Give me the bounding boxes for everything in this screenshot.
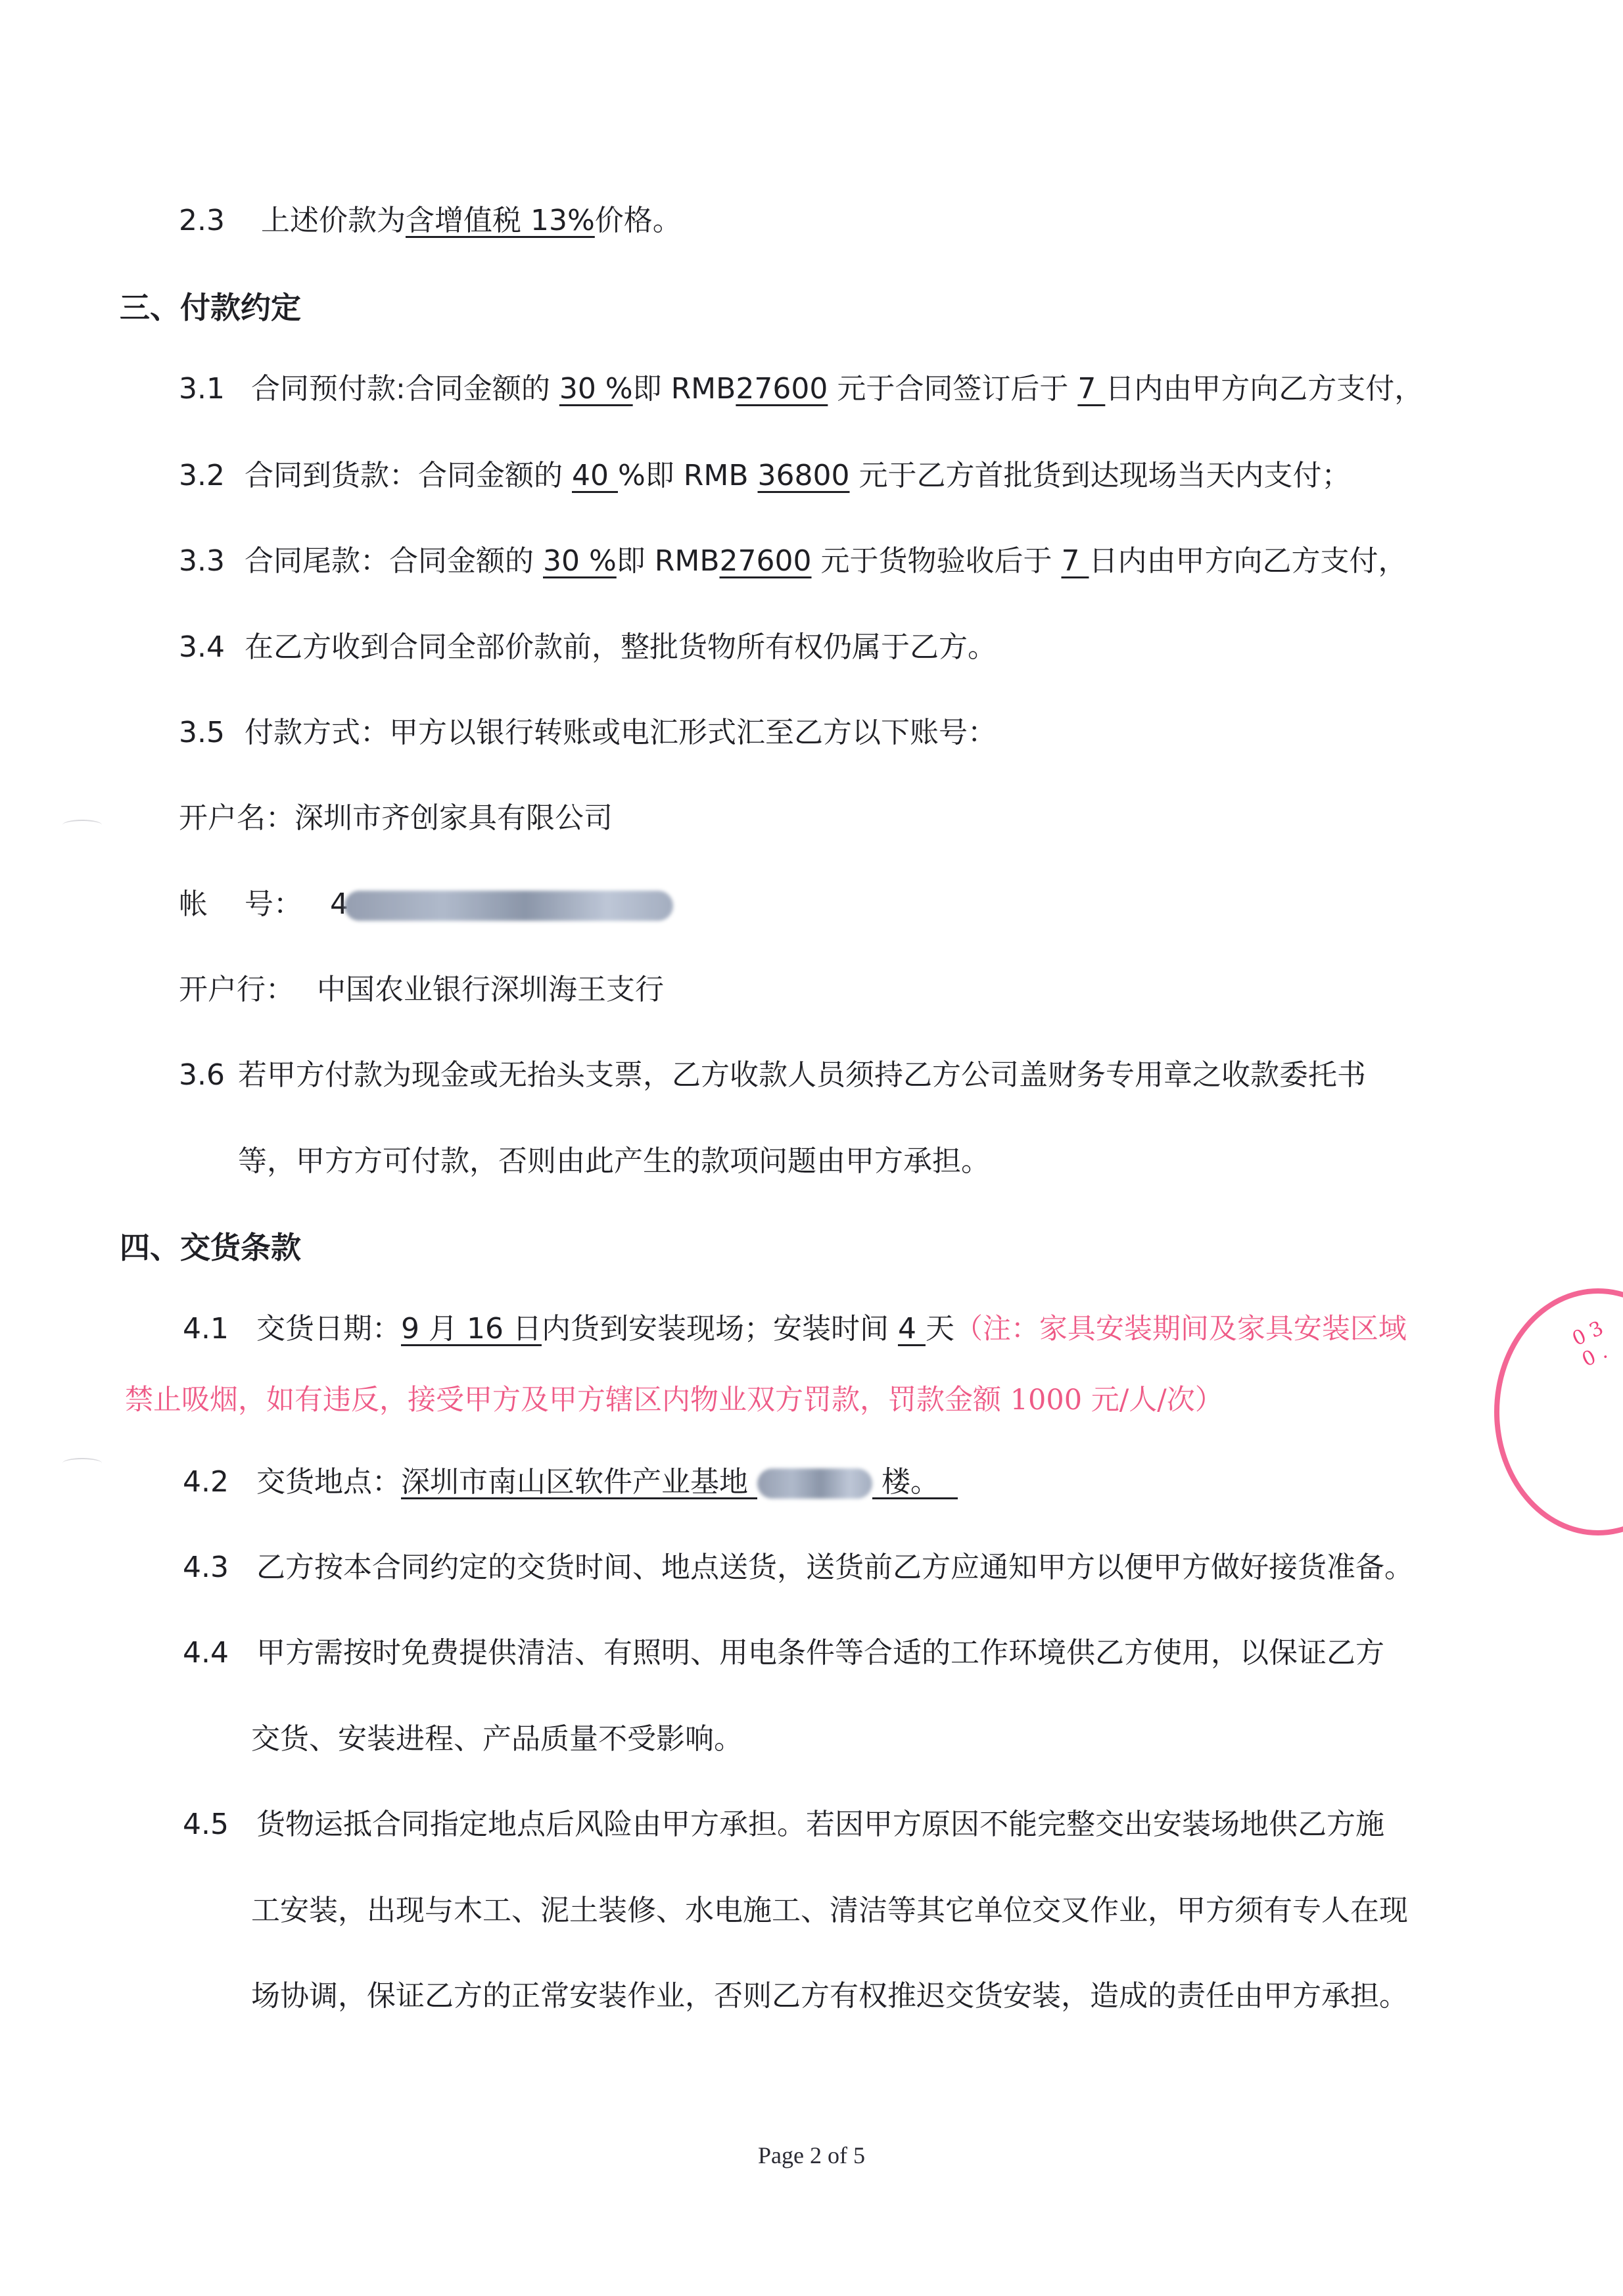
- clause-number: 2.3: [179, 201, 261, 241]
- smoking-note-continuation: 禁止吸烟，如有违反，接受甲方及甲方辖区内物业双方罚款，罚款金额 1000 元/人…: [125, 1380, 1223, 1420]
- clause-2-3: 2.3上述价款为含增值税 13%价格。: [179, 201, 682, 241]
- days-value: 7: [1062, 544, 1089, 578]
- clause-number: 4.5: [183, 1805, 256, 1844]
- page-number: Page 2 of 5: [0, 2142, 1623, 2169]
- clause-number: 4.1: [183, 1309, 256, 1349]
- clause-number: 3.5: [179, 713, 245, 753]
- clause-text: 交货日期：: [256, 1312, 401, 1346]
- account-name-value: 深圳市齐创家具有限公司: [294, 801, 613, 835]
- account-number-row: 帐 号：4: [179, 885, 673, 924]
- clause-text: 乙方按本合同约定的交货时间、地点送货，送货前乙方应通知甲方以便甲方做好接货准备。: [256, 1551, 1413, 1584]
- clause-number: 4.3: [183, 1548, 256, 1587]
- clause-text: 日内由甲方向乙方支付，: [1089, 544, 1407, 578]
- clause-text: 即 RMB: [633, 372, 736, 406]
- smoking-note: （注：家具安装期间及家具安装区域: [954, 1313, 1407, 1346]
- clause-4-4-continuation: 交货、安装进程、产品质量不受影响。: [251, 1720, 743, 1759]
- clause-number: 3.1: [179, 369, 251, 409]
- clause-text: 元于乙方首批货到达现场当天内支付；: [859, 459, 1350, 492]
- clause-text: 在乙方收到合同全部价款前，整批货物所有权仍属于乙方。: [245, 630, 997, 664]
- amount-value: 27600: [736, 372, 828, 406]
- clause-4-5-continuation: 工安装，出现与木工、泥土装修、水电施工、清洁等其它单位交叉作业，甲方须有专人在现: [251, 1891, 1408, 1931]
- clause-number: 3.4: [179, 628, 245, 667]
- clause-4-5-continuation: 场协调，保证乙方的正常安装作业，否则乙方有权推迟交货安装，造成的责任由甲方承担。: [251, 1977, 1408, 2016]
- clause-number: 3.3: [179, 542, 245, 581]
- bank-row: 开户行：中国农业银行深圳海王支行: [179, 970, 664, 1010]
- clause-3-2: 3.2合同到货款：合同金额的 40 %即 RMB 36800 元于乙方首批货到达…: [179, 456, 1350, 496]
- clause-3-6: 3.6若甲方付款为现金或无抬头支票，乙方收款人员须持乙方公司盖财务专用章之收款委…: [179, 1056, 1366, 1095]
- clause-4-1: 4.1交货日期：9 月 16 日内货到安装现场；安装时间 4 天（注：家具安装期…: [183, 1309, 1407, 1349]
- clause-4-3: 4.3乙方按本合同约定的交货时间、地点送货，送货前乙方应通知甲方以便甲方做好接货…: [183, 1548, 1413, 1587]
- clause-text: 天: [926, 1312, 954, 1346]
- clause-text: 即 RMB: [617, 544, 720, 578]
- clause-number: 4.2: [183, 1463, 256, 1502]
- clause-3-3: 3.3合同尾款：合同金额的 30 %即 RMB27600 元于货物验收后于 7 …: [179, 542, 1407, 581]
- clause-text: 合同预付款:合同金额的: [251, 372, 550, 406]
- clause-text: 付款方式：甲方以银行转账或电汇形式汇至乙方以下账号：: [245, 716, 997, 749]
- clause-text: 内货到安装现场；安装时间: [542, 1312, 889, 1346]
- bank-label: 开户行：: [179, 970, 317, 1010]
- underlined-value: 含增值税 13%: [406, 204, 595, 237]
- clause-text: %即 RMB: [618, 459, 758, 492]
- clause-text: 元于货物验收后于: [821, 544, 1052, 578]
- clause-text: 上述价款为: [261, 204, 406, 237]
- clause-number: 3.6: [179, 1056, 238, 1095]
- clause-3-4: 3.4在乙方收到合同全部价款前，整批货物所有权仍属于乙方。: [179, 628, 997, 667]
- clause-text: 合同到货款：合同金额的: [245, 459, 563, 492]
- clause-4-2: 4.2交货地点：深圳市南山区软件产业基地 楼。: [183, 1463, 958, 1502]
- clause-number: 4.4: [183, 1633, 256, 1673]
- clause-text: 价格。: [595, 204, 682, 237]
- clause-text: 合同尾款：合同金额的: [245, 544, 534, 578]
- clause-number: 3.2: [179, 456, 245, 496]
- section-heading-delivery: 四、交货条款: [120, 1228, 301, 1267]
- clause-text: 甲方需按时免费提供清洁、有照明、用电条件等合适的工作环境供乙方使用，以保证乙方: [256, 1636, 1384, 1670]
- amount-value: 27600: [720, 544, 812, 578]
- percent-value: 30 %: [543, 544, 617, 578]
- punch-hole-mark: [62, 820, 102, 830]
- bank-value: 中国农业银行深圳海王支行: [317, 973, 664, 1006]
- days-value: 7: [1077, 372, 1105, 406]
- clause-4-4: 4.4甲方需按时免费提供清洁、有照明、用电条件等合适的工作环境供乙方使用，以保证…: [183, 1633, 1384, 1673]
- clause-text: 元于合同签订后于: [837, 372, 1068, 406]
- contract-page: 2.3上述价款为含增值税 13%价格。 三、付款约定 3.1合同预付款:合同金额…: [0, 0, 1623, 2296]
- redacted-account-number: [344, 891, 673, 921]
- punch-hole-mark: [62, 1458, 102, 1468]
- account-name-label: 开户名：: [179, 801, 294, 835]
- address-text: 深圳市南山区软件产业基地: [401, 1465, 748, 1499]
- amount-value: 36800: [758, 459, 850, 492]
- redacted-building-number: [757, 1468, 872, 1499]
- account-name-row: 开户名：深圳市齐创家具有限公司: [179, 799, 613, 838]
- delivery-date-value: 9 月 16 日: [401, 1312, 542, 1346]
- clause-4-5: 4.5货物运抵合同指定地点后风险由甲方承担。若因甲方原因不能完整交出安装场地供乙…: [183, 1805, 1384, 1844]
- delivery-address: 深圳市南山区软件产业基地 楼。: [401, 1465, 958, 1499]
- clause-text: 若甲方付款为现金或无抬头支票，乙方收款人员须持乙方公司盖财务专用章之收款委托书: [238, 1058, 1366, 1092]
- clause-3-6-continuation: 等，甲方方可付款，否则由此产生的款项问题由甲方承担。: [238, 1142, 990, 1181]
- clause-text: 日内由甲方向乙方支付，: [1105, 372, 1423, 406]
- install-days-value: 4: [898, 1312, 926, 1346]
- percent-value: 40: [572, 459, 618, 492]
- percent-value: 30 %: [559, 372, 633, 406]
- clause-text: 交货地点：: [256, 1465, 401, 1499]
- address-end: 楼。: [882, 1465, 939, 1499]
- clause-3-1: 3.1合同预付款:合同金额的 30 %即 RMB27600 元于合同签订后于 7…: [179, 369, 1423, 409]
- clause-3-5: 3.5付款方式：甲方以银行转账或电汇形式汇至乙方以下账号：: [179, 713, 997, 753]
- section-heading-payment: 三、付款约定: [120, 288, 301, 327]
- clause-text: 货物运抵合同指定地点后风险由甲方承担。若因甲方原因不能完整交出安装场地供乙方施: [256, 1808, 1384, 1841]
- account-number-label: 帐 号：: [179, 885, 330, 924]
